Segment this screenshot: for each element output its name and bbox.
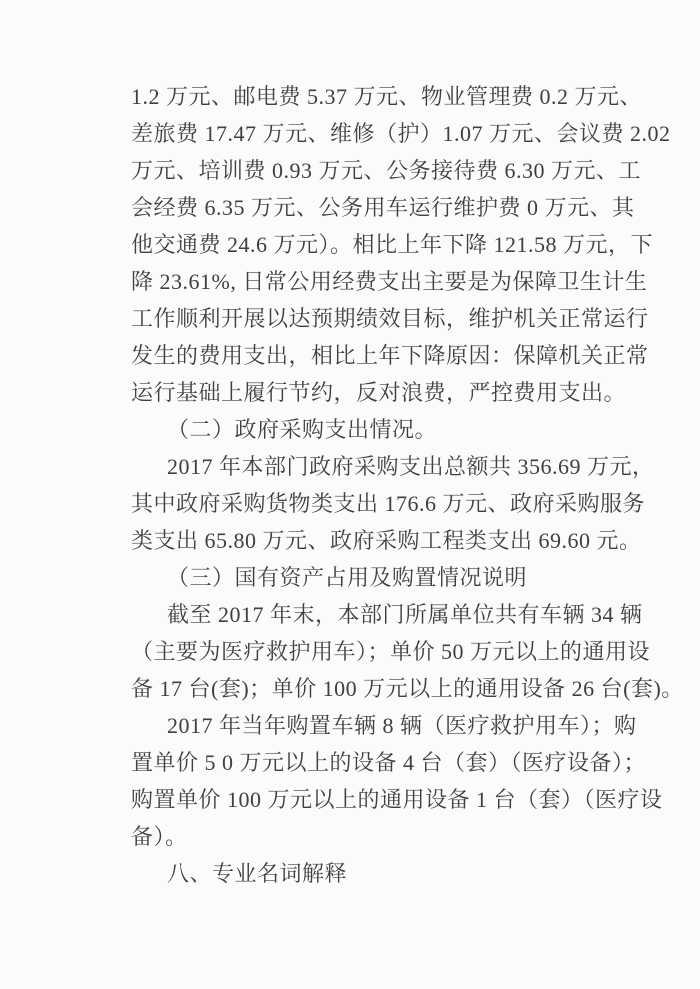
document-page: 1.2 万元、邮电费 5.37 万元、物业管理费 0.2 万元、 差旅费 17.… (0, 0, 700, 989)
text-line: 1.2 万元、邮电费 5.37 万元、物业管理费 0.2 万元、 (131, 78, 578, 115)
text-line: 万元、培训费 0.93 万元、公务接待费 6.30 万元、工 (131, 152, 578, 189)
heading-section-2: （二）政府采购支出情况。 (131, 411, 578, 448)
heading-section-3: （三）国有资产占用及购置情况说明 (131, 559, 578, 596)
text-line: 类支出 65.80 万元、政府采购工程类支出 69.60 元。 (131, 522, 578, 559)
text-line: 2017 年当年购置车辆 8 辆（医疗救护用车）；购 (131, 707, 578, 744)
text-line: 发生的费用支出，相比上年下降原因：保障机关正常 (131, 337, 578, 374)
text-line: 购置单价 100 万元以上的通用设备 1 台（套）（医疗设 (131, 781, 578, 818)
text-line: 工作顺利开展以达预期绩效目标，维护机关正常运行 (131, 300, 578, 337)
text-line: 备）。 (131, 818, 578, 855)
heading-section-8: 八、专业名词解释 (131, 855, 578, 892)
text-line: 会经费 6.35 万元、公务用车运行维护费 0 万元、其 (131, 189, 578, 226)
text-line: 2017 年本部门政府采购支出总额共 356.69 万元， (131, 448, 578, 485)
text-line: 降 23.61%, 日常公用经费支出主要是为保障卫生计生 (131, 263, 578, 300)
text-line: 置单价 5 0 万元以上的设备 4 台（套）（医疗设备）； (131, 744, 578, 781)
text-line: 其中政府采购货物类支出 176.6 万元、政府采购服务 (131, 485, 578, 522)
text-line: 备 17 台(套)；单价 100 万元以上的通用设备 26 台(套)。 (131, 670, 578, 707)
text-line: 差旅费 17.47 万元、维修（护）1.07 万元、会议费 2.02 (131, 115, 578, 152)
text-line: 他交通费 24.6 万元）。相比上年下降 121.58 万元，下 (131, 226, 578, 263)
text-line: 运行基础上履行节约，反对浪费，严控费用支出。 (131, 374, 578, 411)
text-line: 截至 2017 年末，本部门所属单位共有车辆 34 辆 (131, 596, 578, 633)
text-line: （主要为医疗救护用车）；单价 50 万元以上的通用设 (131, 633, 578, 670)
